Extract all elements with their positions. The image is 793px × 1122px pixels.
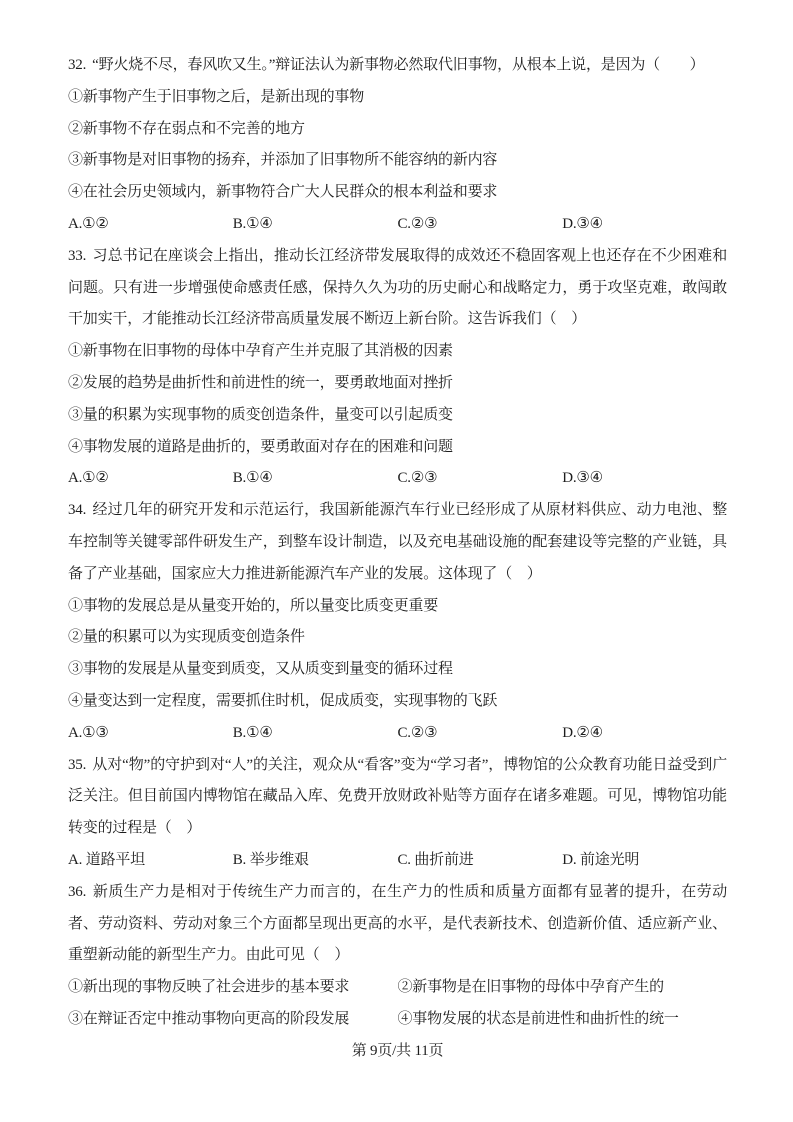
page-number-footer: 第 9页/共 11页 bbox=[68, 1036, 727, 1068]
answer-option-c: C. 曲折前进 bbox=[398, 845, 563, 877]
question-34: 34.经过几年的研究开发和示范运行，我国新能源汽车行业已经形成了从原材料供应、动… bbox=[68, 495, 727, 749]
question-item: ④事物发展的道路是曲折的，要勇敢面对存在的困难和问题 bbox=[68, 432, 727, 464]
answer-option-a: A. 道路平坦 bbox=[68, 845, 233, 877]
answer-options-row: A.①② B.①④ C.②③ D.③④ bbox=[68, 463, 727, 495]
answer-option-a: A.①③ bbox=[68, 718, 233, 750]
question-number: 32. bbox=[68, 57, 86, 73]
question-item: ④事物发展的状态是前进性和曲折性的统一 bbox=[398, 1004, 728, 1036]
answer-options-row: A.①③ B.①④ C.②③ D.②④ bbox=[68, 718, 727, 750]
question-number: 34. bbox=[68, 502, 86, 518]
question-item-row: ③在辩证否定中推动事物向更高的阶段发展 ④事物发展的状态是前进性和曲折性的统一 bbox=[68, 1004, 727, 1036]
answer-option-a: A.①② bbox=[68, 209, 233, 241]
question-item: ①事物的发展总是从量变开始的，所以量变比质变更重要 bbox=[68, 591, 727, 623]
question-item: ④量变达到一定程度，需要抓住时机，促成质变，实现事物的飞跃 bbox=[68, 686, 727, 718]
answer-options-row: A. 道路平坦 B. 举步维艰 C. 曲折前进 D. 前途光明 bbox=[68, 845, 727, 877]
question-item: ①新出现的事物反映了社会进步的基本要求 bbox=[68, 972, 398, 1004]
answer-option-c: C.②③ bbox=[398, 463, 563, 495]
question-item: ②新事物不存在弱点和不完善的地方 bbox=[68, 114, 727, 146]
question-33: 33.习总书记在座谈会上指出，推动长江经济带发展取得的成效还不稳固客观上也还存在… bbox=[68, 241, 727, 495]
answer-option-c: C.②③ bbox=[398, 718, 563, 750]
question-stem: 33.习总书记在座谈会上指出，推动长江经济带发展取得的成效还不稳固客观上也还存在… bbox=[68, 241, 727, 336]
answer-option-d: D. 前途光明 bbox=[562, 845, 727, 877]
question-stem-text: 经过几年的研究开发和示范运行，我国新能源汽车行业已经形成了从原材料供应、动力电池… bbox=[68, 502, 727, 582]
question-stem-text: “野火烧不尽，春风吹又生。”辩证法认为新事物必然取代旧事物，从根本上说，是因为（… bbox=[92, 57, 704, 73]
question-item: ③量的积累为实现事物的质变创造条件，量变可以引起质变 bbox=[68, 400, 727, 432]
answer-option-b: B.①④ bbox=[233, 718, 398, 750]
question-item: ③新事物是对旧事物的扬弃，并添加了旧事物所不能容纳的新内容 bbox=[68, 145, 727, 177]
question-36: 36.新质生产力是相对于传统生产力而言的，在生产力的性质和质量方面都有显著的提升… bbox=[68, 877, 727, 1036]
question-stem-text: 从对“物”的守护到对“人”的关注，观众从“看客”变为“学习者”，博物馆的公众教育… bbox=[68, 757, 727, 837]
question-item-row: ①新出现的事物反映了社会进步的基本要求 ②新事物是在旧事物的母体中孕育产生的 bbox=[68, 972, 727, 1004]
answer-option-b: B. 举步维艰 bbox=[233, 845, 398, 877]
answer-option-c: C.②③ bbox=[398, 209, 563, 241]
answer-option-b: B.①④ bbox=[233, 209, 398, 241]
question-item: ①新事物在旧事物的母体中孕育产生并克服了其消极的因素 bbox=[68, 336, 727, 368]
question-item: ②新事物是在旧事物的母体中孕育产生的 bbox=[398, 972, 728, 1004]
question-number: 36. bbox=[68, 884, 86, 900]
question-item: ②量的积累可以为实现质变创造条件 bbox=[68, 622, 727, 654]
question-number: 33. bbox=[68, 248, 86, 264]
answer-option-d: D.②④ bbox=[562, 718, 727, 750]
question-item: ④在社会历史领域内，新事物符合广大人民群众的根本利益和要求 bbox=[68, 177, 727, 209]
question-item: ②发展的趋势是曲折性和前进性的统一，要勇敢地面对挫折 bbox=[68, 368, 727, 400]
question-35: 35.从对“物”的守护到对“人”的关注，观众从“看客”变为“学习者”，博物馆的公… bbox=[68, 750, 727, 877]
question-number: 35. bbox=[68, 757, 86, 773]
question-stem: 32.“野火烧不尽，春风吹又生。”辩证法认为新事物必然取代旧事物，从根本上说，是… bbox=[68, 50, 727, 82]
answer-option-a: A.①② bbox=[68, 463, 233, 495]
question-stem-text: 习总书记在座谈会上指出，推动长江经济带发展取得的成效还不稳固客观上也还存在不少困… bbox=[68, 248, 727, 328]
answer-option-d: D.③④ bbox=[562, 463, 727, 495]
question-stem: 36.新质生产力是相对于传统生产力而言的，在生产力的性质和质量方面都有显著的提升… bbox=[68, 877, 727, 972]
question-stem: 35.从对“物”的守护到对“人”的关注，观众从“看客”变为“学习者”，博物馆的公… bbox=[68, 750, 727, 845]
question-stem-text: 新质生产力是相对于传统生产力而言的，在生产力的性质和质量方面都有显著的提升，在劳… bbox=[68, 884, 727, 964]
answer-option-b: B.①④ bbox=[233, 463, 398, 495]
document-page: 32.“野火烧不尽，春风吹又生。”辩证法认为新事物必然取代旧事物，从根本上说，是… bbox=[0, 0, 793, 1122]
question-item: ①新事物产生于旧事物之后，是新出现的事物 bbox=[68, 82, 727, 114]
question-32: 32.“野火烧不尽，春风吹又生。”辩证法认为新事物必然取代旧事物，从根本上说，是… bbox=[68, 50, 727, 241]
question-stem: 34.经过几年的研究开发和示范运行，我国新能源汽车行业已经形成了从原材料供应、动… bbox=[68, 495, 727, 590]
answer-option-d: D.③④ bbox=[562, 209, 727, 241]
question-item: ③在辩证否定中推动事物向更高的阶段发展 bbox=[68, 1004, 398, 1036]
question-item: ③事物的发展是从量变到质变，又从质变到量变的循环过程 bbox=[68, 654, 727, 686]
answer-options-row: A.①② B.①④ C.②③ D.③④ bbox=[68, 209, 727, 241]
